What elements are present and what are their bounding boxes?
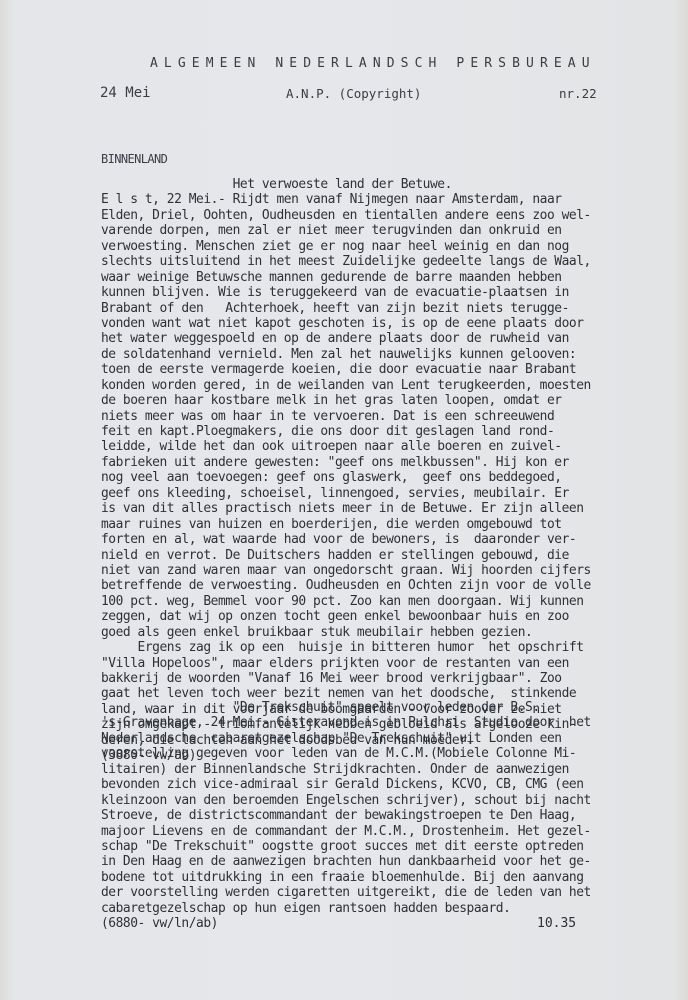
article-body: E l s t, 22 Mei.- Rijdt men vanaf Nijmeg…: [101, 192, 661, 763]
article-trekschuit: "De Trekschuit" speelt voor leden der B.…: [101, 700, 661, 932]
bulletin-number: nr.22: [559, 86, 597, 101]
section-label: BINNENLAND: [101, 152, 167, 166]
text-line: fabrieken uit andere gewesten: "geef ons…: [101, 455, 661, 470]
text-line: Ergens zag ik op een huisje in bitteren …: [101, 640, 661, 655]
text-line: de soldatenhand vernield. Men zal het na…: [101, 347, 661, 362]
text-line: bodene tot uitdrukking in een fraaie blo…: [101, 870, 661, 885]
text-line: bakkerij de woorden "Vanaf 16 Mei weer b…: [101, 671, 661, 686]
text-line: nield en verrot. De Duitschers hadden er…: [101, 548, 661, 563]
text-line: majoor Lievens en de commandant der M.C.…: [101, 824, 661, 839]
text-line: E l s t, 22 Mei.- Rijdt men vanaf Nijmeg…: [101, 192, 661, 207]
text-line: Nederlandsche cabaretgezelschap "De Trek…: [101, 731, 661, 746]
article-betuwe: Het verwoeste land der Betuwe. E l s t, …: [101, 177, 661, 764]
text-line: forten en al, wat waarde had voor de bew…: [101, 532, 661, 547]
text-line: is van dit alles practisch niets meer in…: [101, 501, 661, 516]
article-title: "De Trekschuit" speelt voor leden der B.…: [101, 700, 661, 715]
text-line: 's-Gravenhage, 24 Mei.- Gisteravond is i…: [101, 715, 661, 730]
text-line: Brabant of den Achterhoek, heeft van zij…: [101, 301, 661, 316]
bulletin-date: 24 Mei: [100, 85, 151, 101]
typewritten-page: ALGEMEEN NEDERLANDSCH PERSBUREAU 24 Mei …: [0, 0, 688, 1000]
text-line: in Den Haag en de aanwezigen brachten hu…: [101, 854, 661, 869]
text-line: bevonden zich vice-admiraal sir Gerald D…: [101, 777, 661, 792]
text-line: Elden, Driel, Oohten, Oudheusden en tien…: [101, 208, 661, 223]
agency-copyright: A.N.P. (Copyright): [286, 86, 421, 101]
article-footer: (6880- vw/ln/ab) 10.35: [101, 916, 661, 931]
time-stamp: 10.35: [537, 916, 576, 931]
text-line: schap "De Trekschuit" oogstte groot succ…: [101, 839, 661, 854]
text-line: cabaretgezelschap op hun eigen rantsoen …: [101, 901, 661, 916]
text-line: voorstelling gegeven voor leden van de M…: [101, 746, 661, 761]
text-line: der voorstelling werden cigaretten uitge…: [101, 885, 661, 900]
text-line: litairen) der Binnenlandsche Strijdkrach…: [101, 762, 661, 777]
text-line: slechts uitsluitend in het meest Zuideli…: [101, 254, 661, 269]
text-line: kleinzoon van den beroemden Engelschen s…: [101, 793, 661, 808]
text-line: vonden want wat niet kapot geschoten is,…: [101, 316, 661, 331]
text-line: varende dorpen, men zal er niet meer ter…: [101, 223, 661, 238]
text-line: toen de eerste vermagerde koeien, die do…: [101, 362, 661, 377]
article-body: 's-Gravenhage, 24 Mei.- Gisteravond is i…: [101, 715, 661, 916]
text-line: niet van zand waren maar van ongedorscht…: [101, 563, 661, 578]
agency-title: ALGEMEEN NEDERLANDSCH PERSBUREAU: [150, 56, 596, 71]
text-line: 100 pct. weg, Bemmel voor 90 pct. Zoo ka…: [101, 594, 661, 609]
text-line: geef ons kleeding, schoeisel, linnengoed…: [101, 486, 661, 501]
text-line: niets meer was om haar in te vervoeren. …: [101, 409, 661, 424]
text-line: nog veel aan toevoegen: geef ons glaswer…: [101, 470, 661, 485]
text-line: zeggen, dat wij op onzen tocht geen enke…: [101, 609, 661, 624]
text-line: verwoesting. Menschen ziet ge er nog naa…: [101, 239, 661, 254]
article-title: Het verwoeste land der Betuwe.: [101, 177, 661, 192]
text-line: leidde, wilde het dan ook uitroepen naar…: [101, 439, 661, 454]
text-line: de boeren haar kostbare melk in het gras…: [101, 393, 661, 408]
text-line: goed als geen enkel bruikbaar stuk meubi…: [101, 625, 661, 640]
text-line: feit en kapt.Ploegmakers, die ons door d…: [101, 424, 661, 439]
text-line: maar ruines van huizen en boerderijen, d…: [101, 517, 661, 532]
text-line: kunnen blijven. Wie is teruggekeerd van …: [101, 285, 661, 300]
text-line: betreffende de verwoesting. Oudheusden e…: [101, 578, 661, 593]
text-line: Stroeve, de districtscommandant der bewa…: [101, 808, 661, 823]
reference-code: (6880- vw/ln/ab): [101, 916, 661, 931]
text-line: "Villa Hopeloos", maar elders prijkten v…: [101, 656, 661, 671]
text-line: het water weggespoeld en op de andere pl…: [101, 331, 661, 346]
text-line: konden worden gered, in de weilanden van…: [101, 378, 661, 393]
text-line: waar weinige Betuwsche mannen gedurende …: [101, 270, 661, 285]
